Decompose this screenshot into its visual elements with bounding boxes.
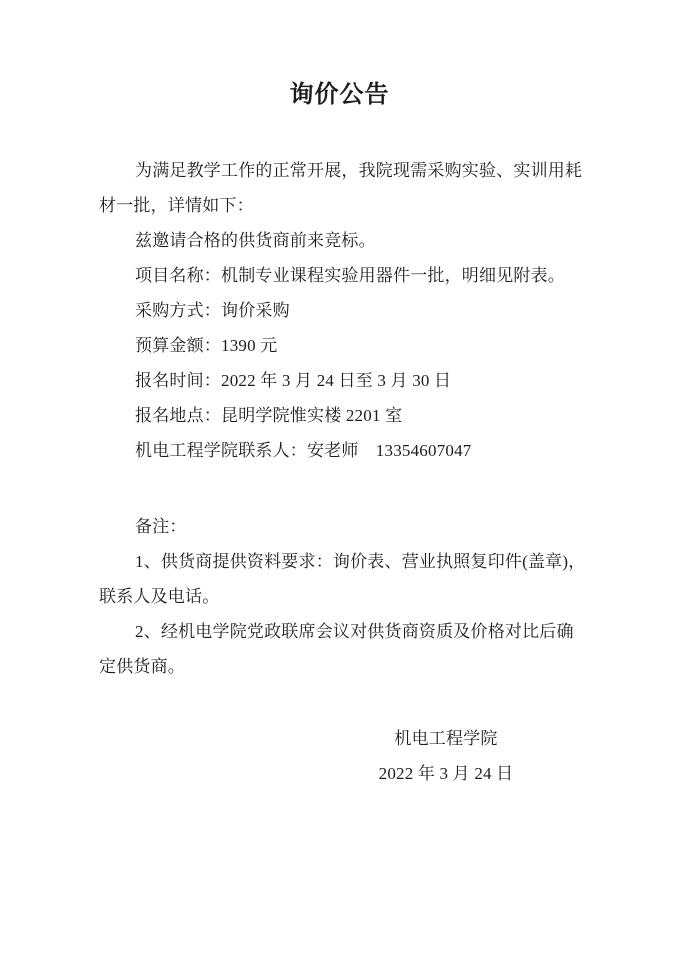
notes-heading: 备注：: [99, 509, 580, 544]
registration-location-line: 报名地点：昆明学院惟实楼 2201 室: [99, 398, 580, 433]
signature-block: 机电工程学院 2022 年 3 月 24 日: [286, 721, 606, 791]
procurement-method-line: 采购方式：询价采购: [99, 293, 580, 328]
contact-line: 机电工程学院联系人：安老师 13354607047: [99, 433, 580, 468]
project-name-line: 项目名称：机制专业课程实验用器件一批，明细见附表。: [99, 258, 580, 293]
intro-line-1: 为满足教学工作的正常开展，我院现需采购实验、实训用耗: [99, 153, 580, 188]
signature-date: 2022 年 3 月 24 日: [286, 756, 606, 791]
intro-line-2: 材一批，详情如下：: [99, 188, 580, 223]
budget-line: 预算金额：1390 元: [99, 328, 580, 363]
registration-time-line: 报名时间：2022 年 3 月 24 日至 3 月 30 日: [99, 363, 580, 398]
note-1-line-1: 1、供货商提供资料要求：询价表、营业执照复印件(盖章)，: [99, 544, 580, 579]
signature-org: 机电工程学院: [286, 721, 606, 756]
note-2-line-1: 2、经机电学院党政联席会议对供货商资质及价格对比后确: [99, 614, 580, 649]
note-1-line-2: 联系人及电话。: [99, 579, 580, 614]
document-body: 为满足教学工作的正常开展，我院现需采购实验、实训用耗 材一批，详情如下： 兹邀请…: [99, 153, 580, 468]
note-2-line-2: 定供货商。: [99, 649, 580, 684]
invitation-line: 兹邀请合格的供货商前来竞标。: [99, 223, 580, 258]
notes-section: 备注： 1、供货商提供资料要求：询价表、营业执照复印件(盖章)， 联系人及电话。…: [99, 509, 580, 684]
document-page: 询价公告 为满足教学工作的正常开展，我院现需采购实验、实训用耗 材一批，详情如下…: [0, 0, 679, 960]
document-title: 询价公告: [0, 79, 679, 111]
